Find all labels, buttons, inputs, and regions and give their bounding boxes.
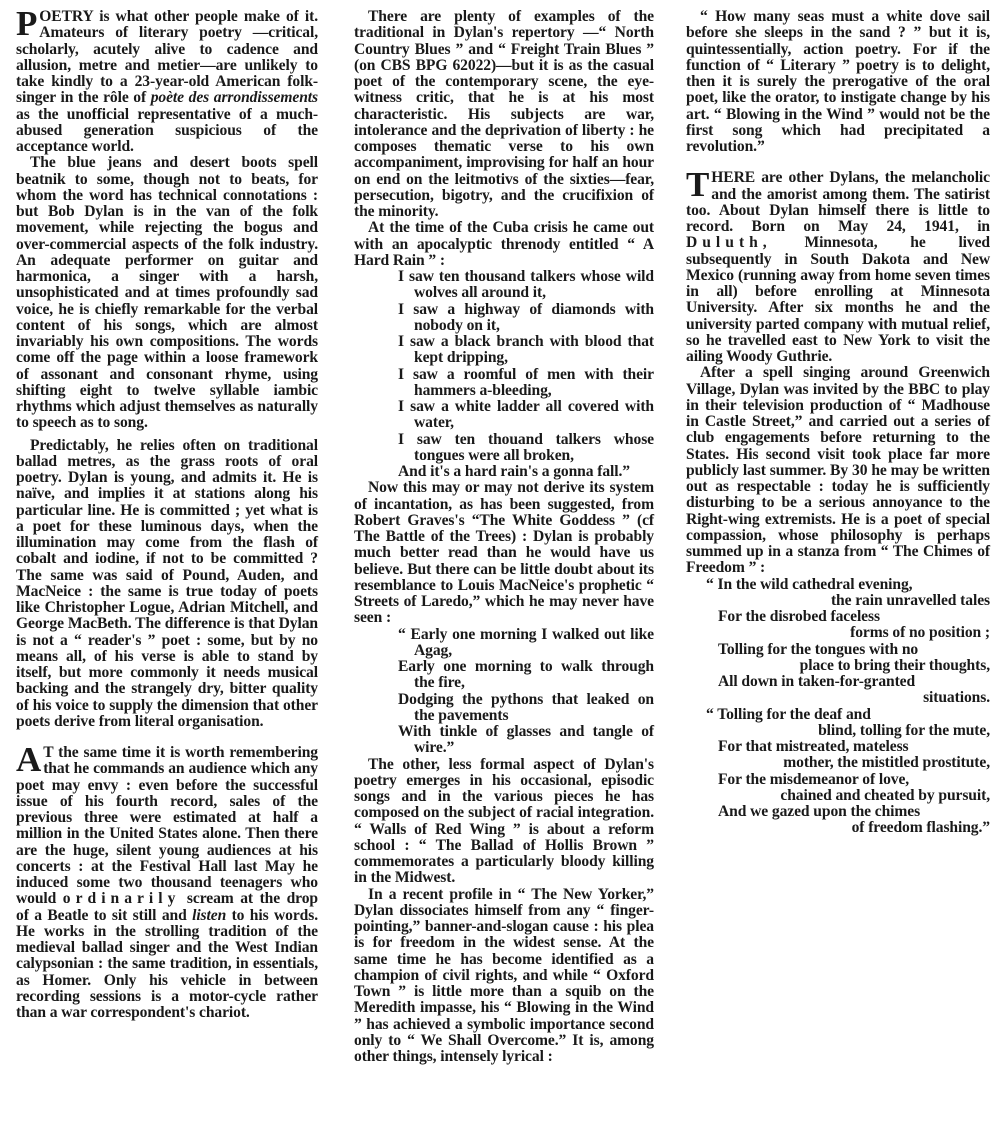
paragraph-new-yorker: In a recent profile in “ The New Yorker,… bbox=[354, 887, 654, 1066]
poem-chimes-of-freedom: “ In the wild cathedral evening, the rai… bbox=[706, 577, 990, 837]
paragraph-intro: POETRY is what other people make of it. … bbox=[16, 9, 318, 155]
paragraph-predictably: Predictably, he relies often on traditio… bbox=[16, 438, 318, 731]
drop-cap-t: T bbox=[686, 171, 709, 199]
paragraph-same-time: AT the same time it is worth remembering… bbox=[16, 745, 318, 1021]
paragraph-other-dylans: THERE are other Dylans, the melancholic … bbox=[686, 170, 990, 365]
column-2: There are plenty of examples of the trad… bbox=[354, 9, 654, 1065]
paragraph-how-many-seas: “ How many seas must a white dove sail b… bbox=[686, 9, 990, 155]
column-1: POETRY is what other people make of it. … bbox=[16, 9, 318, 1021]
paragraph-incantation: Now this may or may not derive its syste… bbox=[354, 480, 654, 626]
paragraph-blue-jeans: The blue jeans and desert boots spell be… bbox=[16, 155, 318, 431]
paragraph-less-formal: The other, less formal aspect of Dylan's… bbox=[354, 757, 654, 887]
paragraph-greenwich-village: After a spell singing around Greenwich V… bbox=[686, 365, 990, 576]
drop-cap-p: P bbox=[16, 10, 37, 38]
italic-phrase: poète des arrondissements bbox=[151, 89, 318, 106]
drop-cap-a: A bbox=[16, 746, 41, 774]
column-3: “ How many seas must a white dove sail b… bbox=[686, 9, 990, 837]
poem-hard-rain: I saw ten thousand talkers whose wild wo… bbox=[398, 269, 654, 480]
poem-streets-of-laredo: “ Early one morning I walked out like Ag… bbox=[398, 627, 654, 757]
paragraph-plenty-examples: There are plenty of examples of the trad… bbox=[354, 9, 654, 220]
paragraph-cuba-crisis: At the time of the Cuba crisis he came o… bbox=[354, 220, 654, 269]
